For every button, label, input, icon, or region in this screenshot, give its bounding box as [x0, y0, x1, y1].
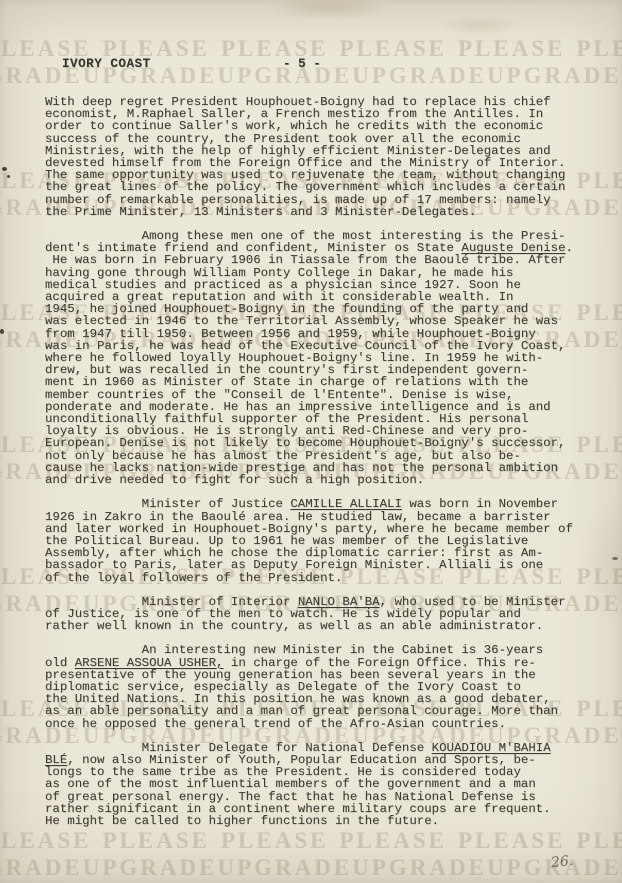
paragraph: Minister of Interior NANLO BA'BA, who us… [45, 596, 585, 633]
text-segment: once he opposed the general trend of the… [45, 717, 506, 731]
text-segment: and drive needed to fight for such a hig… [45, 473, 424, 487]
text-segment: He might be called to higher functions i… [45, 814, 439, 828]
paragraph: An interesting new Minister in the Cabin… [45, 644, 585, 729]
paragraph: With deep regret President Houphouet-Boi… [45, 96, 585, 218]
paragraph: Among these men one of the most interest… [45, 230, 585, 486]
document-body: With deep regret President Houphouet-Boi… [45, 96, 585, 839]
text-line: once he opposed the general trend of the… [45, 718, 585, 730]
page-number-label: - 5 - [283, 57, 321, 71]
paragraph: Minister Delegate for National Defense K… [45, 742, 585, 827]
handwritten-page-number: 26. [550, 853, 574, 871]
document-title: IVORY COAST [62, 57, 151, 71]
text-segment: . [566, 241, 573, 255]
text-segment: rather well known in the country, as wel… [45, 619, 543, 633]
text-line: and drive needed to fight for such a hig… [45, 474, 585, 486]
text-line: of the loyal followers of the President. [45, 572, 585, 584]
text-segment: the Prime Minister, 13 Ministers and 3 M… [45, 205, 476, 219]
paragraph: Minister of Justice CAMILLE ALLIALI was … [45, 498, 585, 583]
text-segment: of the loyal followers of the President. [45, 571, 342, 585]
document-layer: IVORY COAST - 5 - With deep regret Presi… [0, 0, 622, 883]
text-line: He might be called to higher functions i… [45, 815, 585, 827]
text-line: the Prime Minister, 13 Ministers and 3 M… [45, 206, 585, 218]
text-line: rather well known in the country, as wel… [45, 620, 585, 632]
document-scan-page: PLEASEPLEASEPLEASEPLEASEPLEASEPLEASEUPGR… [0, 0, 622, 883]
